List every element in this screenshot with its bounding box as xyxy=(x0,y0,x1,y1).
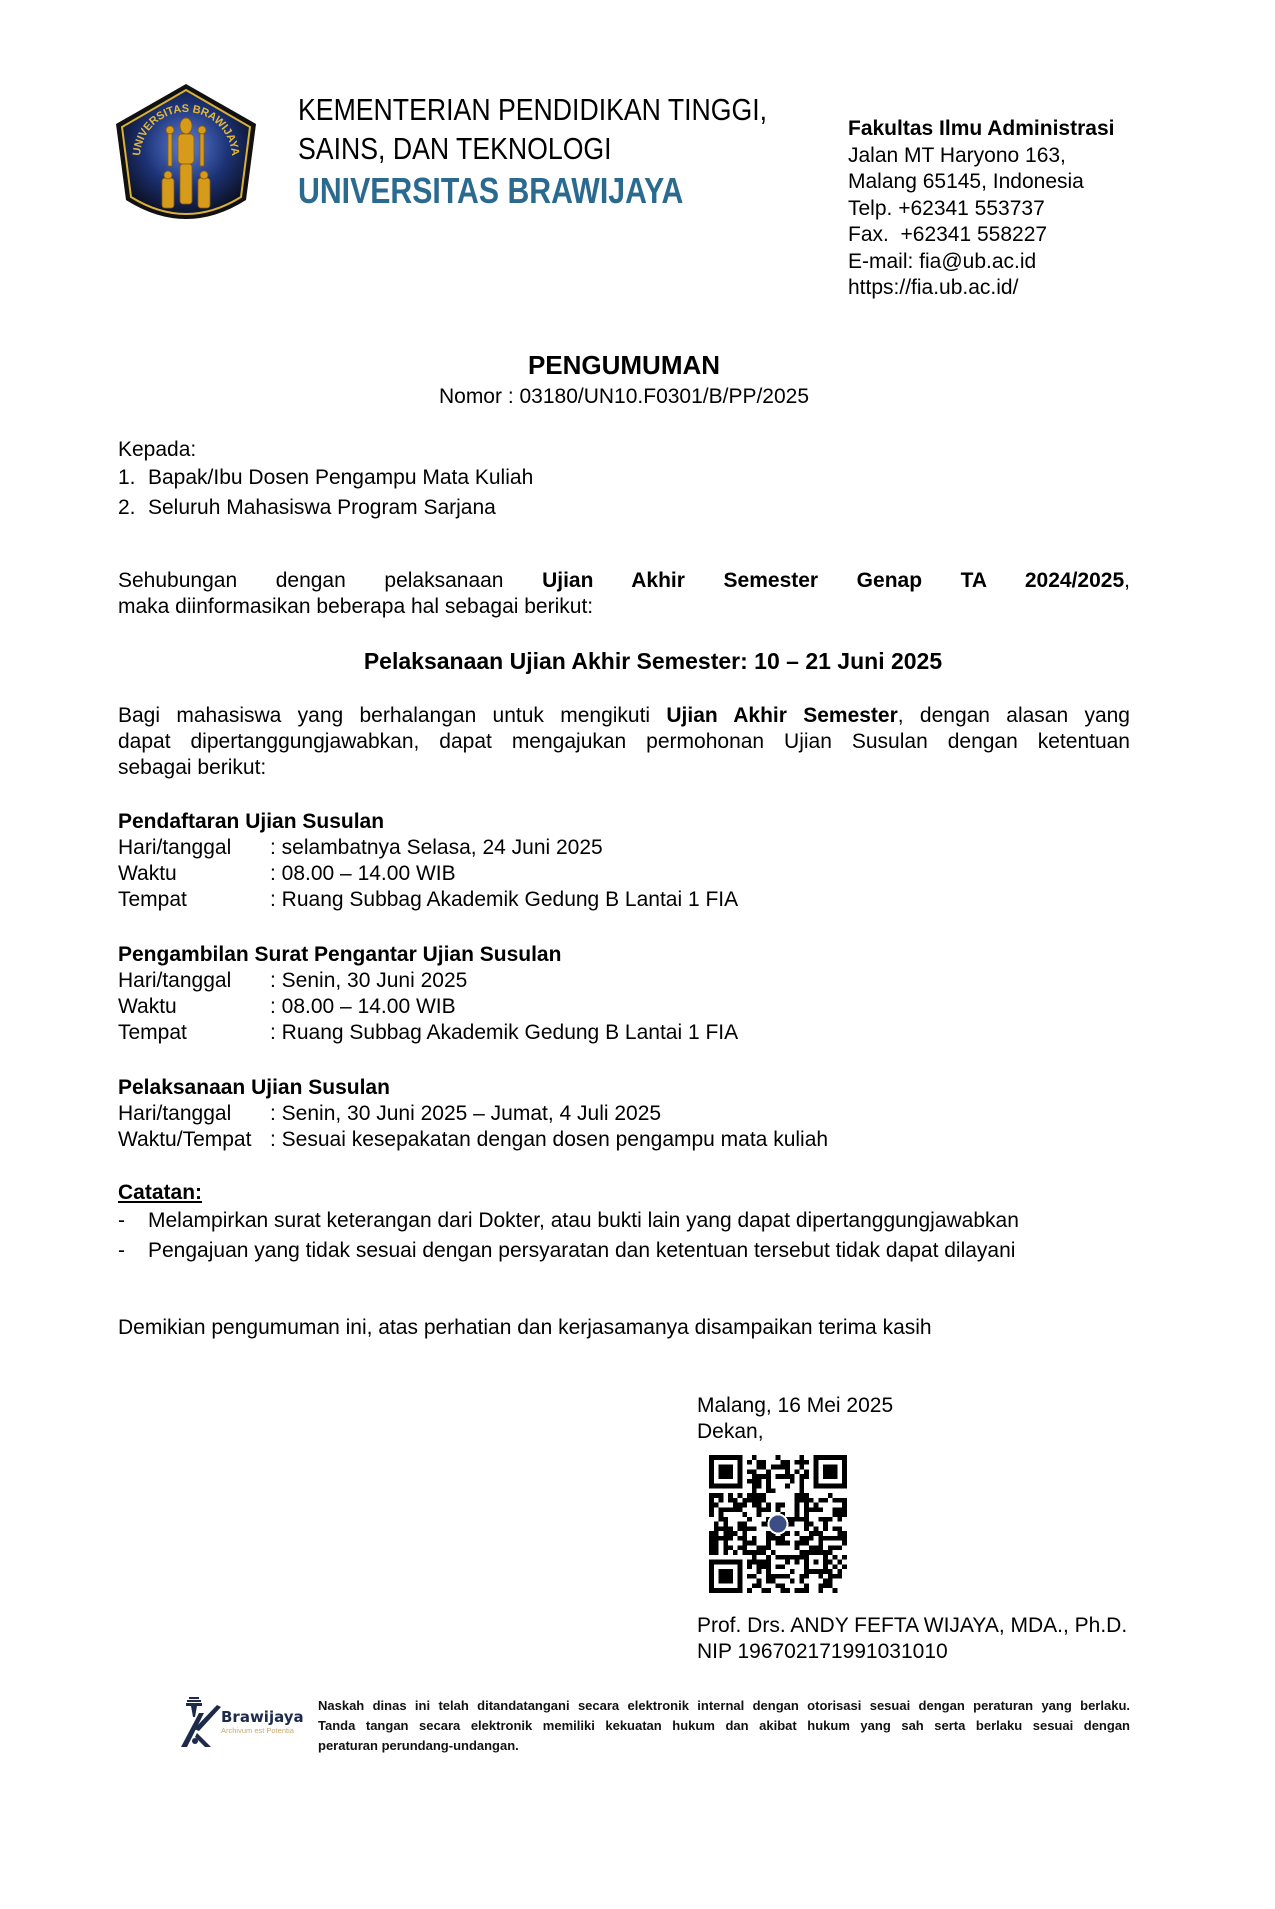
document-title: PENGUMUMAN xyxy=(0,350,1248,381)
row-value: : Sesuai kesepakatan dengan dosen pengam… xyxy=(270,1127,828,1153)
place-date: Malang, 16 Mei 2025 xyxy=(697,1393,893,1419)
note-bullet: - xyxy=(118,1206,148,1236)
note-item: -Melampirkan surat keterangan dari Dokte… xyxy=(118,1206,1148,1236)
row-value: : 08.00 – 14.00 WIB xyxy=(270,861,456,887)
make-up-exam-paragraph: Bagi mahasiswa yang berhalangan untuk me… xyxy=(118,703,1130,781)
section-heading: Pengambilan Surat Pengantar Ujian Susula… xyxy=(118,942,1118,968)
signer-position: Dekan, xyxy=(697,1419,893,1445)
faculty-email[interactable]: E-mail: fia@ub.ac.id xyxy=(848,249,1114,276)
signature-qr-code[interactable] xyxy=(709,1455,847,1593)
section-row: Hari/tanggal: selambatnya Selasa, 24 Jun… xyxy=(118,835,1118,861)
row-label: Hari/tanggal xyxy=(118,968,270,994)
section-make-up-exam: Pelaksanaan Ujian Susulan Hari/tanggal: … xyxy=(118,1075,1118,1153)
recipient-text: Seluruh Mahasiswa Program Sarjana xyxy=(148,493,496,523)
university-name: UNIVERSITAS BRAWIJAYA xyxy=(298,170,683,212)
section-cover-letter-pickup: Pengambilan Surat Pengantar Ujian Susula… xyxy=(118,942,1118,1046)
ministry-name-line2: SAINS, DAN TEKNOLOGI xyxy=(298,131,612,167)
row-label: Hari/tanggal xyxy=(118,1101,270,1127)
faculty-fax: Fax. +62341 558227 xyxy=(848,222,1114,249)
recipient-text: Bapak/Ibu Dosen Pengampu Mata Kuliah xyxy=(148,463,533,493)
section-row: Waktu: 08.00 – 14.00 WIB xyxy=(118,994,1118,1020)
note-text: Pengajuan yang tidak sesuai dengan persy… xyxy=(148,1236,1015,1266)
recipient-item: 2. Seluruh Mahasiswa Program Sarjana xyxy=(118,493,533,523)
row-value: : Senin, 30 Juni 2025 xyxy=(270,968,467,994)
svg-text:Brawijaya: Brawijaya xyxy=(221,1708,304,1726)
notes-heading: Catatan: xyxy=(118,1180,1148,1206)
section-registration: Pendaftaran Ujian Susulan Hari/tanggal: … xyxy=(118,809,1118,913)
para2-bold-text: Ujian Akhir Semester xyxy=(666,704,897,727)
signer-name: Prof. Drs. ANDY FEFTA WIJAYA, MDA., Ph.D… xyxy=(697,1613,1127,1639)
closing-sentence: Demikian pengumuman ini, atas perhatian … xyxy=(118,1315,932,1341)
row-value: : Ruang Subbag Akademik Gedung B Lantai … xyxy=(270,1020,738,1046)
section-row: Tempat: Ruang Subbag Akademik Gedung B L… xyxy=(118,887,1118,913)
recipients-label: Kepada: xyxy=(118,437,533,463)
row-label: Waktu xyxy=(118,994,270,1020)
intro-punct: , xyxy=(1124,569,1130,592)
section-row: Waktu: 08.00 – 14.00 WIB xyxy=(118,861,1118,887)
note-item: -Pengajuan yang tidak sesuai dengan pers… xyxy=(118,1236,1148,1266)
para2-line3: sebagai berikut: xyxy=(118,755,1130,781)
recipient-number: 2. xyxy=(118,493,148,523)
faculty-address-line1: Jalan MT Haryono 163, xyxy=(848,143,1114,170)
footer-note-line3: peraturan perundang-undangan. xyxy=(318,1736,1130,1756)
brawijaya-archive-logo: Brawijaya Archivum est Potentia xyxy=(177,1695,312,1750)
svg-text:Archivum est Potentia: Archivum est Potentia xyxy=(221,1726,295,1735)
electronic-signature-note: Naskah dinas ini telah ditandatangani se… xyxy=(318,1696,1130,1756)
section-row: Hari/tanggal: Senin, 30 Juni 2025 xyxy=(118,968,1118,994)
signature-header: Malang, 16 Mei 2025 Dekan, xyxy=(697,1393,893,1445)
intro-line1: Sehubungan dengan pelaksanaan Ujian Akhi… xyxy=(118,568,1130,594)
section-row: Waktu/Tempat: Sesuai kesepakatan dengan … xyxy=(118,1127,1118,1153)
row-value: : 08.00 – 14.00 WIB xyxy=(270,994,456,1020)
ministry-name-line1: KEMENTERIAN PENDIDIKAN TINGGI, xyxy=(298,92,767,128)
notes-block: Catatan: -Melampirkan surat keterangan d… xyxy=(118,1180,1148,1266)
intro-bold-text: Ujian Akhir Semester Genap TA 2024/2025 xyxy=(542,569,1124,592)
row-label: Hari/tanggal xyxy=(118,835,270,861)
row-value: : Ruang Subbag Akademik Gedung B Lantai … xyxy=(270,887,738,913)
section-row: Hari/tanggal: Senin, 30 Juni 2025 – Juma… xyxy=(118,1101,1118,1127)
faculty-phone: Telp. +62341 553737 xyxy=(848,196,1114,223)
para2-line1: Bagi mahasiswa yang berhalangan untuk me… xyxy=(118,703,1130,729)
para2-text: Bagi mahasiswa yang berhalangan untuk me… xyxy=(118,704,666,727)
section-row: Tempat: Ruang Subbag Akademik Gedung B L… xyxy=(118,1020,1118,1046)
recipient-item: 1. Bapak/Ibu Dosen Pengampu Mata Kuliah xyxy=(118,463,533,493)
row-label: Tempat xyxy=(118,887,270,913)
row-value: : selambatnya Selasa, 24 Juni 2025 xyxy=(270,835,603,861)
intro-line2: maka diinformasikan beberapa hal sebagai… xyxy=(118,594,1130,620)
exam-period-heading: Pelaksanaan Ujian Akhir Semester: 10 – 2… xyxy=(0,648,1275,675)
note-text: Melampirkan surat keterangan dari Dokter… xyxy=(148,1206,1019,1236)
footer-note-line1: Naskah dinas ini telah ditandatangani se… xyxy=(318,1696,1130,1716)
row-label: Waktu/Tempat xyxy=(118,1127,270,1153)
row-value: : Senin, 30 Juni 2025 – Jumat, 4 Juli 20… xyxy=(270,1101,661,1127)
document-number: Nomor : 03180/UN10.F0301/B/PP/2025 xyxy=(0,385,1248,409)
intro-paragraph: Sehubungan dengan pelaksanaan Ujian Akhi… xyxy=(118,568,1130,620)
faculty-name: Fakultas Ilmu Administrasi xyxy=(848,116,1114,143)
university-logo: UNIVERSITAS BRAWIJAYA xyxy=(110,80,262,232)
row-label: Waktu xyxy=(118,861,270,887)
para2-text-end: , dengan alasan yang xyxy=(898,704,1130,727)
footer-note-line2: Tanda tangan secara elektronik memiliki … xyxy=(318,1716,1130,1736)
faculty-website[interactable]: https://fia.ub.ac.id/ xyxy=(848,275,1114,302)
row-label: Tempat xyxy=(118,1020,270,1046)
note-bullet: - xyxy=(118,1236,148,1266)
recipient-number: 1. xyxy=(118,463,148,493)
faculty-contact-block: Fakultas Ilmu Administrasi Jalan MT Hary… xyxy=(848,116,1114,302)
section-heading: Pendaftaran Ujian Susulan xyxy=(118,809,1118,835)
intro-text: Sehubungan dengan pelaksanaan xyxy=(118,569,542,592)
para2-line2: dapat dipertanggungjawabkan, dapat menga… xyxy=(118,729,1130,755)
recipients-block: Kepada: 1. Bapak/Ibu Dosen Pengampu Mata… xyxy=(118,437,533,523)
signer-block: Prof. Drs. ANDY FEFTA WIJAYA, MDA., Ph.D… xyxy=(697,1613,1127,1665)
section-heading: Pelaksanaan Ujian Susulan xyxy=(118,1075,1118,1101)
signer-nip: NIP 196702171991031010 xyxy=(697,1639,1127,1665)
faculty-address-line2: Malang 65145, Indonesia xyxy=(848,169,1114,196)
